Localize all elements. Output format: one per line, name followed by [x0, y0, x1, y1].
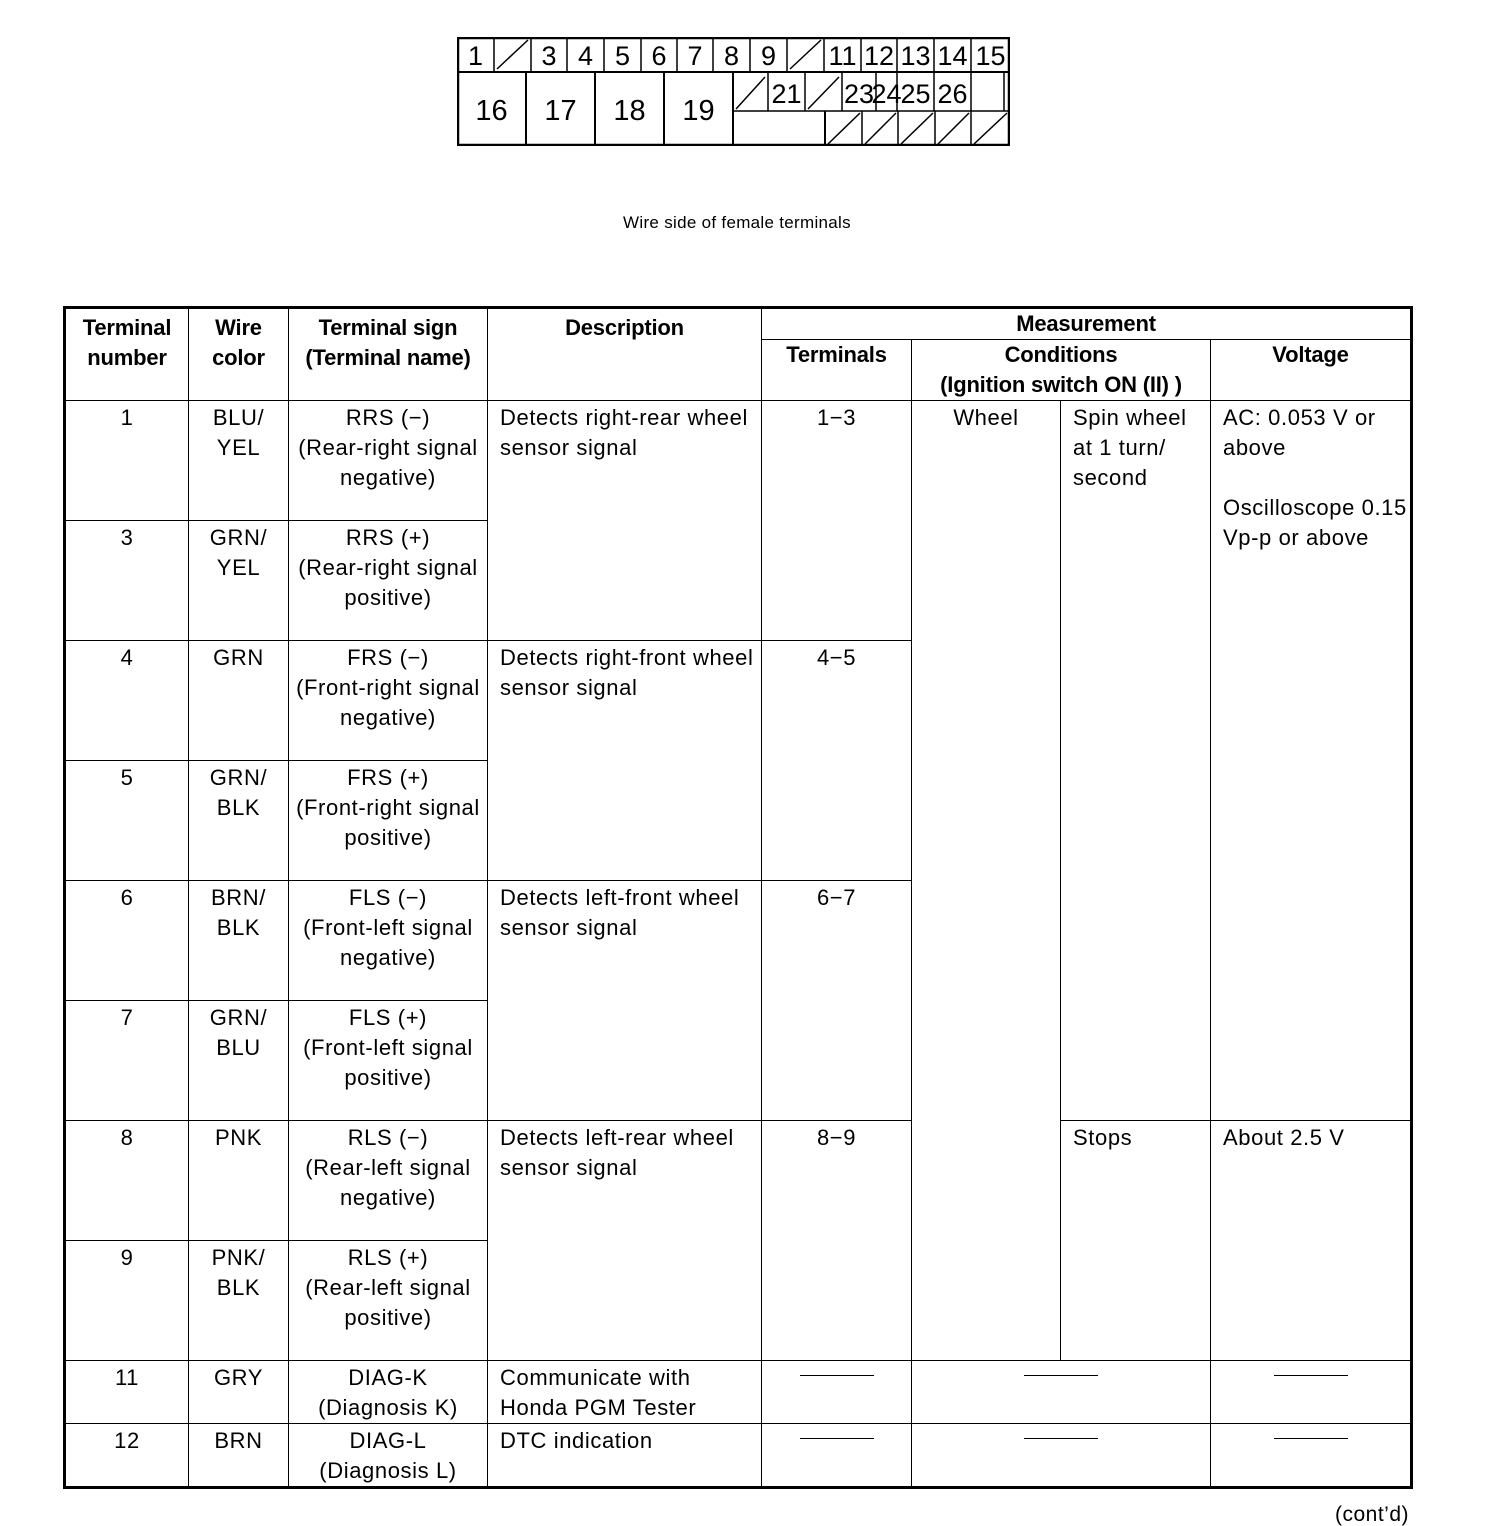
terminal-number: 4 [65, 641, 189, 761]
terminal-number: 12 [65, 1424, 189, 1488]
wire-color: BRN/ BLK [189, 881, 289, 1001]
terminal-number: 1 [65, 401, 189, 521]
svg-text:6: 6 [651, 41, 666, 71]
voltage-spin: AC: 0.053 V or above Oscilloscope 0.15 V… [1211, 401, 1412, 1121]
terminal-sign-code: RRS (−) [289, 403, 487, 433]
terminal-sign-code: RLS (−) [289, 1123, 487, 1153]
terminal-number: 6 [65, 881, 189, 1001]
terminal-sign: RRS (−)(Rear-right signal negative) [289, 401, 488, 521]
svg-text:1: 1 [468, 41, 483, 71]
terminal-number: 7 [65, 1001, 189, 1121]
dash-placeholder [1024, 1375, 1098, 1376]
svg-text:21: 21 [771, 79, 801, 109]
header-voltage: Voltage [1211, 340, 1412, 401]
voltage-stops: About 2.5 V [1211, 1121, 1412, 1361]
header-terminals: Terminals [762, 340, 912, 401]
terminal-sign: FRS (+)(Front-right signal positive) [289, 761, 488, 881]
wire-color: GRN/ YEL [189, 521, 289, 641]
terminal-name: (Front-right signal negative) [289, 673, 487, 733]
terminal-sign: FLS (−)(Front-left signal negative) [289, 881, 488, 1001]
conditions-none [912, 1424, 1211, 1488]
measure-terminals: 8−9 [762, 1121, 912, 1361]
terminal-name: (Rear-right signal negative) [289, 433, 487, 493]
dash-placeholder [800, 1438, 874, 1439]
terminal-name: (Front-left signal negative) [289, 913, 487, 973]
terminal-sign-code: FLS (+) [289, 1003, 487, 1033]
svg-text:5: 5 [615, 41, 630, 71]
measure-terminals: 4−5 [762, 641, 912, 881]
continued-label: (cont’d) [1335, 1503, 1409, 1526]
header-terminal-sign: Terminal sign (Terminal name) [289, 308, 488, 401]
svg-text:11: 11 [828, 41, 856, 71]
wire-color: BRN [189, 1424, 289, 1488]
svg-text:16: 16 [475, 95, 507, 127]
terminal-name: (Diagnosis L) [289, 1456, 487, 1486]
terminal-sign-code: DIAG-K [289, 1363, 487, 1393]
wire-color: PNK [189, 1121, 289, 1241]
svg-text:14: 14 [937, 41, 967, 71]
dash-placeholder [1274, 1438, 1348, 1439]
svg-text:17: 17 [544, 95, 576, 127]
svg-text:15: 15 [975, 41, 1005, 71]
svg-text:26: 26 [937, 79, 967, 109]
wire-color: PNK/ BLK [189, 1241, 289, 1361]
description: Detects right-front wheel sensor signal [488, 641, 762, 881]
connector-caption: Wire side of female terminals [0, 213, 1474, 233]
header-terminal-number: Terminal number [65, 308, 189, 401]
terminal-sign-code: RLS (+) [289, 1243, 487, 1273]
condition-spin: Spin wheel at 1 turn/ second [1061, 401, 1211, 1121]
wire-color: BLU/ YEL [189, 401, 289, 521]
terminal-sign-code: FRS (−) [289, 643, 487, 673]
terminal-name: (Front-right signal positive) [289, 793, 487, 853]
table-row: 1 BLU/ YEL RRS (−)(Rear-right signal neg… [65, 401, 1412, 521]
terminal-number: 9 [65, 1241, 189, 1361]
terminal-sign: RLS (+)(Rear-left signal positive) [289, 1241, 488, 1361]
terminal-name: (Diagnosis K) [289, 1393, 487, 1423]
terminal-sign: FLS (+)(Front-left signal positive) [289, 1001, 488, 1121]
description: Detects left-front wheel sensor signal [488, 881, 762, 1121]
connector-diagram: 134567891112131415161718192123242526 [457, 37, 1010, 146]
terminal-number: 11 [65, 1361, 189, 1424]
description: DTC indication [488, 1424, 762, 1488]
voltage-none [1211, 1424, 1412, 1488]
measure-terminals: 1−3 [762, 401, 912, 641]
dash-placeholder [800, 1375, 874, 1376]
terminal-sign-code: DIAG-L [289, 1426, 487, 1456]
terminal-table: Terminal number Wire color Terminal sign… [63, 306, 1413, 1489]
terminal-number: 5 [65, 761, 189, 881]
terminal-name: (Rear-left signal positive) [289, 1273, 487, 1333]
wire-color: GRN/ BLK [189, 761, 289, 881]
terminal-name: (Rear-left signal negative) [289, 1153, 487, 1213]
conditions-none [912, 1361, 1211, 1424]
table-row: 11 GRY DIAG-K(Diagnosis K) Communicate w… [65, 1361, 1412, 1424]
header-conditions-label: Conditions [912, 340, 1210, 370]
svg-text:13: 13 [900, 41, 930, 71]
svg-text:9: 9 [761, 41, 776, 71]
voltage-oscilloscope: Oscilloscope 0.15 Vp-p or above [1223, 493, 1410, 553]
header-description: Description [488, 308, 762, 401]
terminal-name: (Rear-right signal positive) [289, 553, 487, 613]
terminal-number: 3 [65, 521, 189, 641]
dash-placeholder [1024, 1438, 1098, 1439]
terminal-sign-code: RRS (+) [289, 523, 487, 553]
terminal-sign-code: FLS (−) [289, 883, 487, 913]
measure-terminals-none [762, 1424, 912, 1488]
wire-color: GRY [189, 1361, 289, 1424]
description: Communicate with Honda PGM Tester [488, 1361, 762, 1424]
dash-placeholder [1274, 1375, 1348, 1376]
svg-text:12: 12 [864, 41, 894, 71]
header-measurement: Measurement [762, 308, 1412, 340]
terminal-number: 8 [65, 1121, 189, 1241]
svg-text:8: 8 [724, 41, 739, 71]
wire-color: GRN [189, 641, 289, 761]
condition-wheel: Wheel [912, 401, 1061, 1361]
svg-text:18: 18 [613, 95, 645, 127]
svg-text:25: 25 [900, 79, 930, 109]
terminal-sign: DIAG-K(Diagnosis K) [289, 1361, 488, 1424]
terminal-sign-code: FRS (+) [289, 763, 487, 793]
measure-terminals-none [762, 1361, 912, 1424]
description: Detects left-rear wheel sensor signal [488, 1121, 762, 1361]
header-conditions-sub: (Ignition switch ON (II) ) [912, 370, 1210, 400]
svg-text:7: 7 [687, 41, 702, 71]
svg-text:3: 3 [541, 41, 556, 71]
table-row: 12 BRN DIAG-L(Diagnosis L) DTC indicatio… [65, 1424, 1412, 1488]
terminal-sign: RRS (+)(Rear-right signal positive) [289, 521, 488, 641]
wire-color: GRN/ BLU [189, 1001, 289, 1121]
terminal-name: (Front-left signal positive) [289, 1033, 487, 1093]
svg-text:4: 4 [578, 41, 593, 71]
terminal-sign: DIAG-L(Diagnosis L) [289, 1424, 488, 1488]
description: Detects right-rear wheel sensor signal [488, 401, 762, 641]
voltage-ac: AC: 0.053 V or above [1223, 403, 1410, 463]
condition-stops: Stops [1061, 1121, 1211, 1361]
voltage-none [1211, 1361, 1412, 1424]
terminal-sign: RLS (−)(Rear-left signal negative) [289, 1121, 488, 1241]
svg-text:19: 19 [682, 95, 714, 127]
terminal-sign: FRS (−)(Front-right signal negative) [289, 641, 488, 761]
connector-terminal-layout: 134567891112131415161718192123242526 [457, 37, 1010, 146]
svg-text:23: 23 [844, 79, 874, 109]
header-conditions: Conditions (Ignition switch ON (II) ) [912, 340, 1211, 401]
measure-terminals: 6−7 [762, 881, 912, 1121]
table-row: 8 PNK RLS (−)(Rear-left signal negative)… [65, 1121, 1412, 1241]
header-wire-color: Wire color [189, 308, 289, 401]
